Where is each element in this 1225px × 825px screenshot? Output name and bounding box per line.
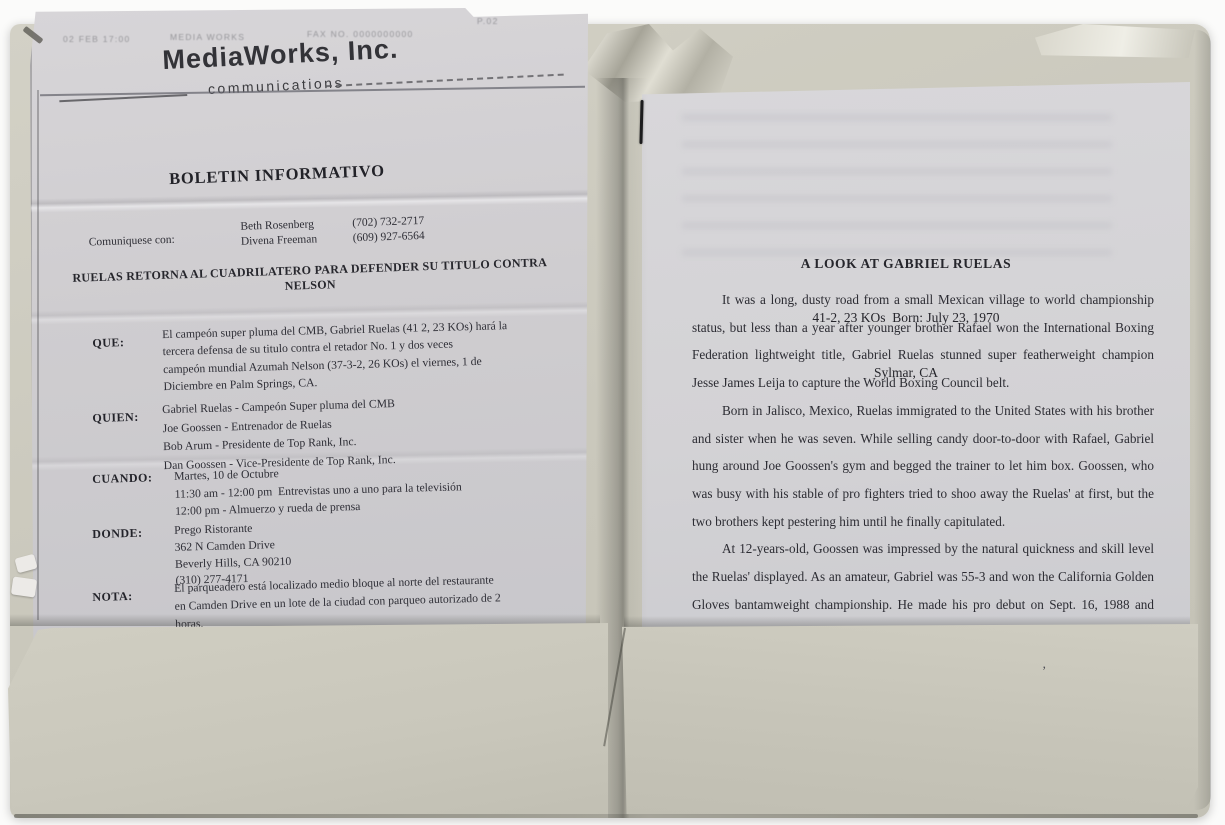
bleed-through-line	[682, 195, 1112, 202]
bio-paragraph: It was a long, dusty road from a small M…	[692, 286, 1154, 397]
release-title: BOLETIN INFORMATIVO	[127, 159, 428, 191]
left-folder-pocket	[8, 622, 608, 818]
section-lines: El campeón super pluma del CMB, Gabriel …	[162, 315, 572, 395]
section-que: QUE: El campeón super pluma del CMB, Gab…	[92, 315, 572, 397]
paper-left-edge	[37, 90, 39, 620]
bleed-through-line	[682, 168, 1112, 175]
section-lines: Martes, 10 de Octubre11:30 am - 12:00 pm…	[174, 457, 571, 520]
contact-list: Beth Rosenberg (702) 732-2717 Divena Fre…	[240, 214, 425, 249]
pocket-speck: ’	[1042, 663, 1046, 679]
bio-title: A LOOK AT GABRIEL RUELAS	[706, 255, 1106, 273]
section-label: QUIEN:	[92, 410, 139, 426]
contact-label: Comuniquese con:	[89, 234, 175, 249]
bio-page: A LOOK AT GABRIEL RUELAS 41-2, 23 KOs Bo…	[642, 82, 1190, 646]
section-label: CUANDO:	[92, 470, 153, 487]
company-tagline: communications	[208, 74, 345, 97]
torn-paper-bit	[11, 576, 37, 597]
fax-header-page: P.02	[477, 16, 499, 26]
contact-phone: (609) 927-6564	[353, 228, 425, 245]
section-label: NOTA:	[92, 589, 133, 605]
bleed-through-line	[682, 141, 1112, 148]
section-label: DONDE:	[92, 526, 143, 542]
section-label: QUE:	[92, 335, 124, 351]
press-kit-photo: 02 FEB 17:00 MEDIA WORKS FAX NO. 0000000…	[0, 0, 1225, 825]
bio-paragraph: Born in Jalisco, Mexico, Ruelas immigrat…	[692, 397, 1154, 536]
folder-bottom-edge	[14, 814, 1198, 818]
section-cuando: CUANDO: Martes, 10 de Octubre11:30 am - …	[92, 457, 571, 522]
fax-header-time: 02 FEB 17:00	[63, 34, 131, 44]
bleed-through-line	[682, 114, 1112, 121]
release-headline: RUELAS RETORNA AL CUADRILATERO PARA DEFE…	[60, 255, 561, 301]
paper-crease	[30, 189, 588, 213]
right-folder-pocket	[622, 624, 1198, 818]
contact-name: Divena Freeman	[241, 231, 353, 249]
letterhead-rule-right	[326, 74, 564, 88]
press-release-page: 02 FEB 17:00 MEDIA WORKS FAX NO. 0000000…	[30, 8, 588, 642]
